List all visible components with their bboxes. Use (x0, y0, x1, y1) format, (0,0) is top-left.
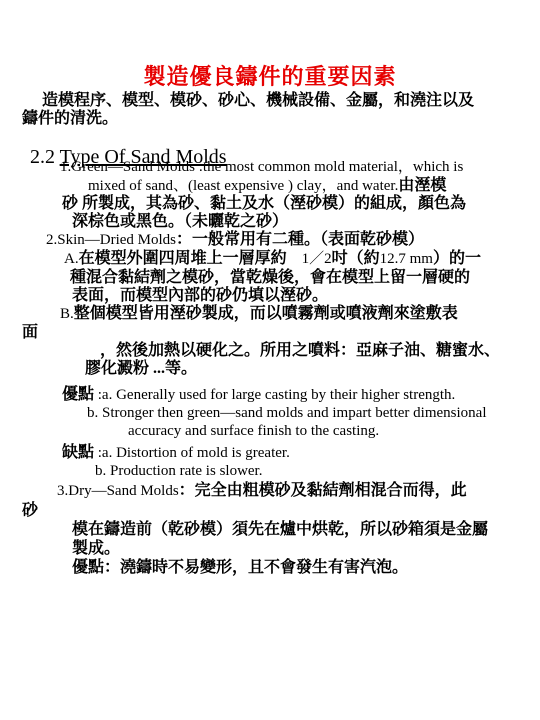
green-sand-line-4: 深棕色或黑色。（未曬乾之砂） (72, 212, 288, 231)
dry-sand-line-5: 優點：澆鑄時不易變形，且不會發生有害汽泡。 (72, 558, 408, 577)
skin-dried-a-2: 種混合黏結劑之模砂，當乾燥後，會在模型上留一層硬的 (70, 268, 470, 287)
skin-dried-line-1: 2.Skin—Dried Molds：一般常用有二種。（表面乾砂模） (46, 230, 424, 250)
page-title: 製造優良鑄件的重要因素 (0, 60, 540, 91)
advantages-line-3: accuracy and surface finish to the casti… (128, 421, 379, 441)
slide: 製造優良鑄件的重要因素 造模程序、模型、模砂、砂心、機械設備、金屬，和澆注以及鑄… (0, 0, 540, 720)
skin-dried-b-4: 膠化澱粉 ...等。 (85, 359, 197, 378)
skin-dried-a-3: 表面，而模型內部的砂仍填以溼砂。 (72, 286, 328, 305)
skin-dried-b-1: B.整個模型皆用溼砂製成，而以噴霧劑或噴液劑來塗敷表 (60, 304, 458, 324)
skin-dried-a-1: A.在模型外圍四周堆上一層厚約 1／2吋（約12.7 mm）的一 (64, 249, 481, 269)
intro-line-2: 鑄件的清洗。 (22, 109, 118, 128)
dry-sand-line-1: 3.Dry—Sand Molds：完全由粗模砂及黏結劑相混合而得，此 (57, 481, 467, 501)
drawbacks-line-1: 缺點 :a. Distortion of mold is greater. (62, 443, 290, 463)
skin-dried-b-2: 面 (22, 323, 38, 342)
advantages-line-1: 優點 :a. Generally used for large casting … (62, 385, 455, 405)
dry-sand-line-2: 砂 (22, 501, 38, 520)
drawbacks-line-2: b. Production rate is slower. (95, 461, 262, 481)
dry-sand-line-3: 模在鑄造前（乾砂模）須先在爐中烘乾，所以砂箱須是金屬 (72, 520, 488, 539)
skin-dried-b-3: ，然後加熱以硬化之。所用之噴料：亞麻子油、糖蜜水、 (100, 341, 500, 360)
green-sand-line-2: mixed of sand、(least expensive ) clay，an… (88, 176, 446, 196)
green-sand-line-1: 1.Green—Sand Molds :the most common mold… (60, 157, 463, 177)
green-sand-line-3: 砂 所製成，其為砂、黏土及水（溼砂模）的組成，顏色為 (62, 194, 466, 213)
advantages-line-2: b. Stronger then green—sand molds and im… (87, 403, 487, 423)
dry-sand-line-4: 製成。 (72, 539, 120, 558)
intro-line-1: 造模程序、模型、模砂、砂心、機械設備、金屬，和澆注以及 (42, 91, 474, 110)
